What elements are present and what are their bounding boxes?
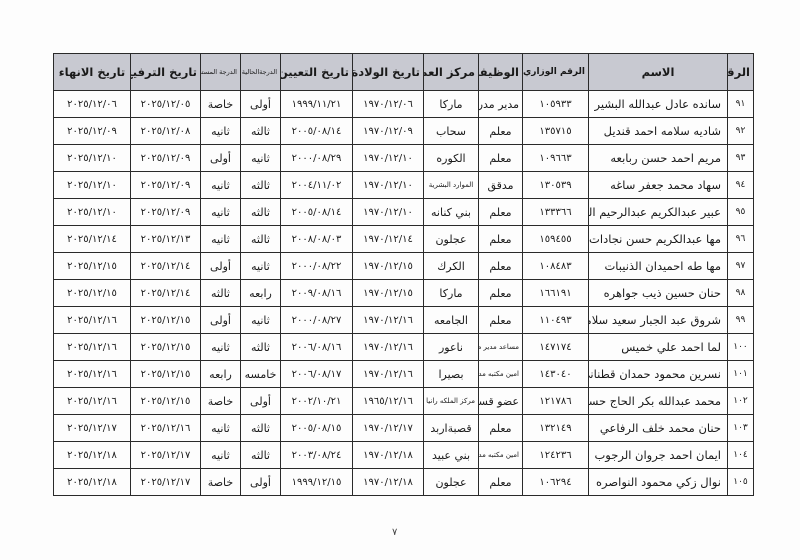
- birth-date-cell: ١٩٧٠/١٢/١٠: [353, 172, 424, 199]
- employee-name-cell: مريم احمد حسن ربابعه: [589, 145, 728, 172]
- row-number-cell: ١٠٠: [728, 334, 754, 361]
- grade-due-cell: أولى: [201, 253, 241, 280]
- employee-name-cell: شروق عبد الجبار سعيد سلامه: [589, 307, 728, 334]
- current-grade-cell: ثالثه: [241, 334, 281, 361]
- end-date-cell: ٢٠٢٥/١٢/١٨: [54, 469, 131, 496]
- job-title-cell: عضو قسم: [479, 388, 523, 415]
- birth-date-cell: ١٩٧٠/١٢/١٠: [353, 145, 424, 172]
- appointment-date-cell: ٢٠٠٨/٠٨/٠٣: [281, 226, 353, 253]
- grade-due-cell: خاصة: [201, 469, 241, 496]
- promotion-date-cell: ٢٠٢٥/١٢/١٤: [131, 280, 201, 307]
- workplace-cell: مركز الملكه رانيا: [424, 388, 479, 415]
- ministry-number-cell: ١٤٧١٧٤: [523, 334, 589, 361]
- row-number-cell: ١٠٤: [728, 442, 754, 469]
- table-row: ٩٥عبير عبدالكريم عبدالرحيم العزام١٣٣٣٦٦م…: [54, 199, 754, 226]
- appointment-date-cell: ١٩٩٩/١١/٢١: [281, 91, 353, 118]
- row-number-cell: ٩١: [728, 91, 754, 118]
- workplace-cell: الكرك: [424, 253, 479, 280]
- employee-name-cell: نسرين محمود حمدان قطناني: [589, 361, 728, 388]
- grade-due-cell: خاصة: [201, 388, 241, 415]
- appointment-date-cell: ٢٠٠٦/٠٨/١٦: [281, 334, 353, 361]
- appointment-date-cell: ٢٠٠٣/٠٨/٢٤: [281, 442, 353, 469]
- workplace-cell: الكوره: [424, 145, 479, 172]
- promotion-date-cell: ٢٠٢٥/١٢/١٧: [131, 469, 201, 496]
- end-date-cell: ٢٠٢٥/١٢/١٤: [54, 226, 131, 253]
- row-number-cell: ١٠٣: [728, 415, 754, 442]
- promotion-date-cell: ٢٠٢٥/١٢/١٥: [131, 388, 201, 415]
- promotion-date-cell: ٢٠٢٥/١٢/٠٩: [131, 199, 201, 226]
- end-date-cell: ٢٠٢٥/١٢/١٦: [54, 388, 131, 415]
- workplace-cell: عجلون: [424, 469, 479, 496]
- appointment-date-cell: ٢٠٠٤/١١/٠٢: [281, 172, 353, 199]
- table-row: ١٠٣حنان محمد خلف الرفاعي١٣٢١٤٩معلمقصبةار…: [54, 415, 754, 442]
- current-grade-cell: ثالثه: [241, 118, 281, 145]
- promotion-date-cell: ٢٠٢٥/١٢/١٣: [131, 226, 201, 253]
- ministry-number-cell: ١٢١٧٨٦: [523, 388, 589, 415]
- table-row: ١٠٥نوال زكي محمود النواصره١٠٦٢٩٤معلمعجلو…: [54, 469, 754, 496]
- end-date-cell: ٢٠٢٥/١٢/١٦: [54, 334, 131, 361]
- birth-date-cell: ١٩٧٠/١٢/١٥: [353, 280, 424, 307]
- birth-date-cell: ١٩٧٠/١٢/١٧: [353, 415, 424, 442]
- page-number: ٧: [392, 527, 397, 538]
- table-row: ٩٣مريم احمد حسن ربابعه١٠٩٦٦٣معلمالكوره١٩…: [54, 145, 754, 172]
- current-grade-cell: رابعه: [241, 280, 281, 307]
- current-grade-cell: ثانيه: [241, 307, 281, 334]
- table-body: ٩١سانده عادل عبدالله البشير١٠٥٩٣٣مدير مد…: [54, 91, 754, 496]
- job-title-cell: معلم: [479, 199, 523, 226]
- birth-date-cell: ١٩٦٥/١٢/١٦: [353, 388, 424, 415]
- current-grade-cell: أولى: [241, 91, 281, 118]
- appointment-date-cell: ١٩٩٩/١٢/١٥: [281, 469, 353, 496]
- promotion-date-cell: ٢٠٢٥/١٢/٠٥: [131, 91, 201, 118]
- end-date-cell: ٢٠٢٥/١٢/١٠: [54, 145, 131, 172]
- workplace-cell: بني عبيد: [424, 442, 479, 469]
- job-title-cell: معلم: [479, 118, 523, 145]
- grade-due-cell: خاصة: [201, 91, 241, 118]
- row-number-cell: ٩٦: [728, 226, 754, 253]
- end-date-cell: ٢٠٢٥/١٢/١٥: [54, 253, 131, 280]
- promotion-date-cell: ٢٠٢٥/١٢/٠٩: [131, 172, 201, 199]
- birth-date-cell: ١٩٧٠/١٢/١٥: [353, 253, 424, 280]
- current-grade-cell: ثالثه: [241, 442, 281, 469]
- ministry-number-cell: ١٠٩٦٦٣: [523, 145, 589, 172]
- table-row: ٩٢شاديه سلامه احمد قنديل١٣٥٧١٥معلمسحاب١٩…: [54, 118, 754, 145]
- grade-due-cell: أولى: [201, 145, 241, 172]
- birth-date-cell: ١٩٧٠/١٢/١٨: [353, 442, 424, 469]
- appointment-date-cell: ٢٠٠٢/١٠/٢١: [281, 388, 353, 415]
- header-workplace: مركز العمل: [424, 54, 479, 91]
- document-page: الرقم الاسم الرقم الوزاري الوظيفة مركز ا…: [0, 0, 800, 560]
- employee-name-cell: سهاد محمد جعفر ساغه: [589, 172, 728, 199]
- birth-date-cell: ١٩٧٠/١٢/١٠: [353, 199, 424, 226]
- ministry-number-cell: ١٠٥٩٣٣: [523, 91, 589, 118]
- employee-name-cell: عبير عبدالكريم عبدالرحيم العزام: [589, 199, 728, 226]
- appointment-date-cell: ٢٠٠٠/٠٨/٢٢: [281, 253, 353, 280]
- grade-due-cell: ثانيه: [201, 199, 241, 226]
- ministry-number-cell: ١٠٦٢٩٤: [523, 469, 589, 496]
- row-number-cell: ٩٣: [728, 145, 754, 172]
- row-number-cell: ١٠٥: [728, 469, 754, 496]
- end-date-cell: ٢٠٢٥/١٢/١٠: [54, 172, 131, 199]
- current-grade-cell: ثانيه: [241, 253, 281, 280]
- row-number-cell: ٩٥: [728, 199, 754, 226]
- header-end-date: تاريخ الانهاء: [54, 54, 131, 91]
- employee-name-cell: نوال زكي محمود النواصره: [589, 469, 728, 496]
- job-title-cell: معلم: [479, 253, 523, 280]
- appointment-date-cell: ٢٠٠٥/٠٨/١٥: [281, 415, 353, 442]
- job-title-cell: امين مكتبه مدرسه: [479, 361, 523, 388]
- ministry-number-cell: ١٣٥٧١٥: [523, 118, 589, 145]
- job-title-cell: امين مكتبه مدرسه: [479, 442, 523, 469]
- header-grade-due: الدرجة المستحقة: [201, 54, 241, 91]
- table-row: ٩٩شروق عبد الجبار سعيد سلامه١١٠٤٩٣معلمال…: [54, 307, 754, 334]
- row-number-cell: ٩٤: [728, 172, 754, 199]
- end-date-cell: ٢٠٢٥/١٢/١٦: [54, 361, 131, 388]
- ministry-number-cell: ١٤٣٠٤٠: [523, 361, 589, 388]
- job-title-cell: معلم: [479, 280, 523, 307]
- ministry-number-cell: ١٣٣٣٦٦: [523, 199, 589, 226]
- current-grade-cell: ثالثه: [241, 226, 281, 253]
- grade-due-cell: ثانيه: [201, 334, 241, 361]
- job-title-cell: مدقق: [479, 172, 523, 199]
- appointment-date-cell: ٢٠٠٩/٠٨/١٦: [281, 280, 353, 307]
- grade-due-cell: ثانيه: [201, 118, 241, 145]
- workplace-cell: بني كنانه: [424, 199, 479, 226]
- ministry-number-cell: ١٣٢١٤٩: [523, 415, 589, 442]
- employee-name-cell: سانده عادل عبدالله البشير: [589, 91, 728, 118]
- current-grade-cell: أولى: [241, 469, 281, 496]
- workplace-cell: الجامعه: [424, 307, 479, 334]
- grade-due-cell: ثانيه: [201, 442, 241, 469]
- header-no: الرقم: [728, 54, 754, 91]
- retirement-promotion-table: الرقم الاسم الرقم الوزاري الوظيفة مركز ا…: [53, 53, 754, 496]
- table-row: ٩٧مها طه احميدان الذنيبات١٠٨٤٨٣معلمالكرك…: [54, 253, 754, 280]
- ministry-number-cell: ١٦٦١٩١: [523, 280, 589, 307]
- table-row: ١٠٠لما احمد علي خميس١٤٧١٧٤مساعد مدير مدر…: [54, 334, 754, 361]
- ministry-number-cell: ١٥٩٤٥٥: [523, 226, 589, 253]
- row-number-cell: ٩٧: [728, 253, 754, 280]
- current-grade-cell: ثانيه: [241, 145, 281, 172]
- employee-name-cell: حنان حسين ذيب جواهره: [589, 280, 728, 307]
- grade-due-cell: ثانيه: [201, 226, 241, 253]
- promotion-date-cell: ٢٠٢٥/١٢/٠٩: [131, 145, 201, 172]
- end-date-cell: ٢٠٢٥/١٢/٠٩: [54, 118, 131, 145]
- job-title-cell: معلم: [479, 307, 523, 334]
- current-grade-cell: ثالثه: [241, 172, 281, 199]
- header-ministry-no: الرقم الوزاري: [523, 54, 589, 91]
- appointment-date-cell: ٢٠٠٥/٠٨/١٤: [281, 199, 353, 226]
- workplace-cell: ماركا: [424, 280, 479, 307]
- ministry-number-cell: ١٣٠٥٣٩: [523, 172, 589, 199]
- ministry-number-cell: ١٠٨٤٨٣: [523, 253, 589, 280]
- promotion-date-cell: ٢٠٢٥/١٢/١٥: [131, 361, 201, 388]
- row-number-cell: ٩٢: [728, 118, 754, 145]
- job-title-cell: معلم: [479, 469, 523, 496]
- grade-due-cell: ثالثه: [201, 280, 241, 307]
- birth-date-cell: ١٩٧٠/١٢/٠٦: [353, 91, 424, 118]
- promotion-date-cell: ٢٠٢٥/١٢/١٥: [131, 334, 201, 361]
- birth-date-cell: ١٩٧٠/١٢/١٨: [353, 469, 424, 496]
- table-row: ٩١سانده عادل عبدالله البشير١٠٥٩٣٣مدير مد…: [54, 91, 754, 118]
- end-date-cell: ٢٠٢٥/١٢/١٥: [54, 280, 131, 307]
- table-row: ٩٨حنان حسين ذيب جواهره١٦٦١٩١معلمماركا١٩٧…: [54, 280, 754, 307]
- job-title-cell: معلم: [479, 145, 523, 172]
- table-row: ٩٤سهاد محمد جعفر ساغه١٣٠٥٣٩مدققالموارد ا…: [54, 172, 754, 199]
- current-grade-cell: ثالثه: [241, 415, 281, 442]
- workplace-cell: ماركا: [424, 91, 479, 118]
- table-row: ١٠١نسرين محمود حمدان قطناني١٤٣٠٤٠امين مك…: [54, 361, 754, 388]
- row-number-cell: ١٠٢: [728, 388, 754, 415]
- birth-date-cell: ١٩٧٠/١٢/١٤: [353, 226, 424, 253]
- employee-name-cell: مها طه احميدان الذنيبات: [589, 253, 728, 280]
- employee-name-cell: ايمان احمد جروان الرجوب: [589, 442, 728, 469]
- end-date-cell: ٢٠٢٥/١٢/١٨: [54, 442, 131, 469]
- end-date-cell: ٢٠٢٥/١٢/٠٦: [54, 91, 131, 118]
- employee-name-cell: محمد عبدالله بكر الحاج حسين: [589, 388, 728, 415]
- workplace-cell: قصبةاربد: [424, 415, 479, 442]
- end-date-cell: ٢٠٢٥/١٢/١٠: [54, 199, 131, 226]
- job-title-cell: مدير مدرسه: [479, 91, 523, 118]
- workplace-cell: سحاب: [424, 118, 479, 145]
- birth-date-cell: ١٩٧٠/١٢/١٦: [353, 307, 424, 334]
- grade-due-cell: رابعه: [201, 361, 241, 388]
- grade-due-cell: ثانيه: [201, 415, 241, 442]
- table-row: ١٠٤ايمان احمد جروان الرجوب١٢٤٢٣٦امين مكت…: [54, 442, 754, 469]
- appointment-date-cell: ٢٠٠٥/٠٨/١٤: [281, 118, 353, 145]
- job-title-cell: معلم: [479, 415, 523, 442]
- job-title-cell: معلم: [479, 226, 523, 253]
- workplace-cell: ناعور: [424, 334, 479, 361]
- table-row: ١٠٢محمد عبدالله بكر الحاج حسين١٢١٧٨٦عضو …: [54, 388, 754, 415]
- ministry-number-cell: ١١٠٤٩٣: [523, 307, 589, 334]
- table-header-row: الرقم الاسم الرقم الوزاري الوظيفة مركز ا…: [54, 54, 754, 91]
- header-birth-date: تاريخ الولادة: [353, 54, 424, 91]
- header-appointment-date: تاريخ التعيين: [281, 54, 353, 91]
- row-number-cell: ١٠١: [728, 361, 754, 388]
- birth-date-cell: ١٩٧٠/١٢/٠٩: [353, 118, 424, 145]
- promotion-date-cell: ٢٠٢٥/١٢/١٤: [131, 253, 201, 280]
- header-promotion-date: تاريخ الترفيع: [131, 54, 201, 91]
- grade-due-cell: أولى: [201, 307, 241, 334]
- workplace-cell: بصيرا: [424, 361, 479, 388]
- workplace-cell: عجلون: [424, 226, 479, 253]
- current-grade-cell: أولى: [241, 388, 281, 415]
- birth-date-cell: ١٩٧٠/١٢/١٦: [353, 334, 424, 361]
- employee-name-cell: لما احمد علي خميس: [589, 334, 728, 361]
- row-number-cell: ٩٩: [728, 307, 754, 334]
- appointment-date-cell: ٢٠٠٦/٠٨/١٧: [281, 361, 353, 388]
- promotion-date-cell: ٢٠٢٥/١٢/١٥: [131, 307, 201, 334]
- appointment-date-cell: ٢٠٠٠/٠٨/٢٩: [281, 145, 353, 172]
- table-row: ٩٦مها عبدالكريم حسن نجادات١٥٩٤٥٥معلمعجلو…: [54, 226, 754, 253]
- header-job: الوظيفة: [479, 54, 523, 91]
- promotion-date-cell: ٢٠٢٥/١٢/٠٨: [131, 118, 201, 145]
- workplace-cell: الموارد البشرية: [424, 172, 479, 199]
- current-grade-cell: خامسه: [241, 361, 281, 388]
- row-number-cell: ٩٨: [728, 280, 754, 307]
- birth-date-cell: ١٩٧٠/١٢/١٦: [353, 361, 424, 388]
- employee-name-cell: حنان محمد خلف الرفاعي: [589, 415, 728, 442]
- header-current-grade: الدرجةالحالية: [241, 54, 281, 91]
- header-name: الاسم: [589, 54, 728, 91]
- grade-due-cell: ثانيه: [201, 172, 241, 199]
- end-date-cell: ٢٠٢٥/١٢/١٧: [54, 415, 131, 442]
- job-title-cell: مساعد مدير مدرسه: [479, 334, 523, 361]
- end-date-cell: ٢٠٢٥/١٢/١٦: [54, 307, 131, 334]
- employee-name-cell: شاديه سلامه احمد قنديل: [589, 118, 728, 145]
- promotion-date-cell: ٢٠٢٥/١٢/١٦: [131, 415, 201, 442]
- ministry-number-cell: ١٢٤٢٣٦: [523, 442, 589, 469]
- promotion-date-cell: ٢٠٢٥/١٢/١٧: [131, 442, 201, 469]
- current-grade-cell: ثالثه: [241, 199, 281, 226]
- appointment-date-cell: ٢٠٠٠/٠٨/٢٧: [281, 307, 353, 334]
- employee-name-cell: مها عبدالكريم حسن نجادات: [589, 226, 728, 253]
